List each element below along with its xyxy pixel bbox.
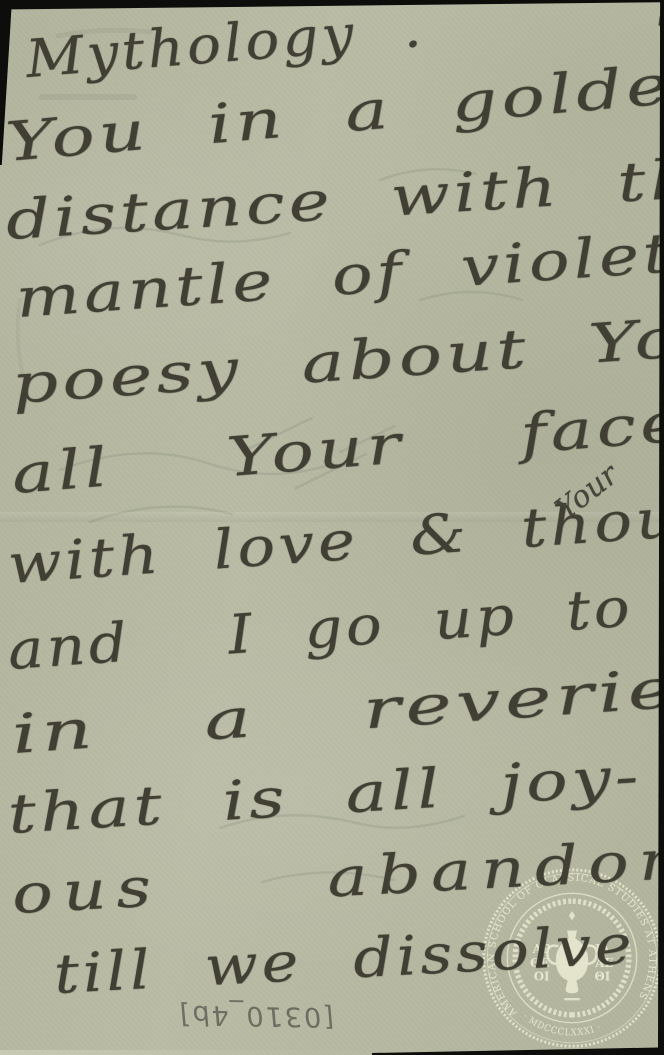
archival-label: [0310_4b] xyxy=(177,999,335,1033)
handwriting-line-9: in a reverie xyxy=(10,661,664,761)
seal-date-text: · MDCCCLXXXI · xyxy=(521,1011,603,1038)
paper-edge-highlight xyxy=(0,1050,372,1055)
letter-scan-page: AMERICAN SCHOOL OF CLASSICAL STUDIES AT … xyxy=(0,0,664,1055)
handwriting-line-10: that is all joy- xyxy=(6,749,643,842)
